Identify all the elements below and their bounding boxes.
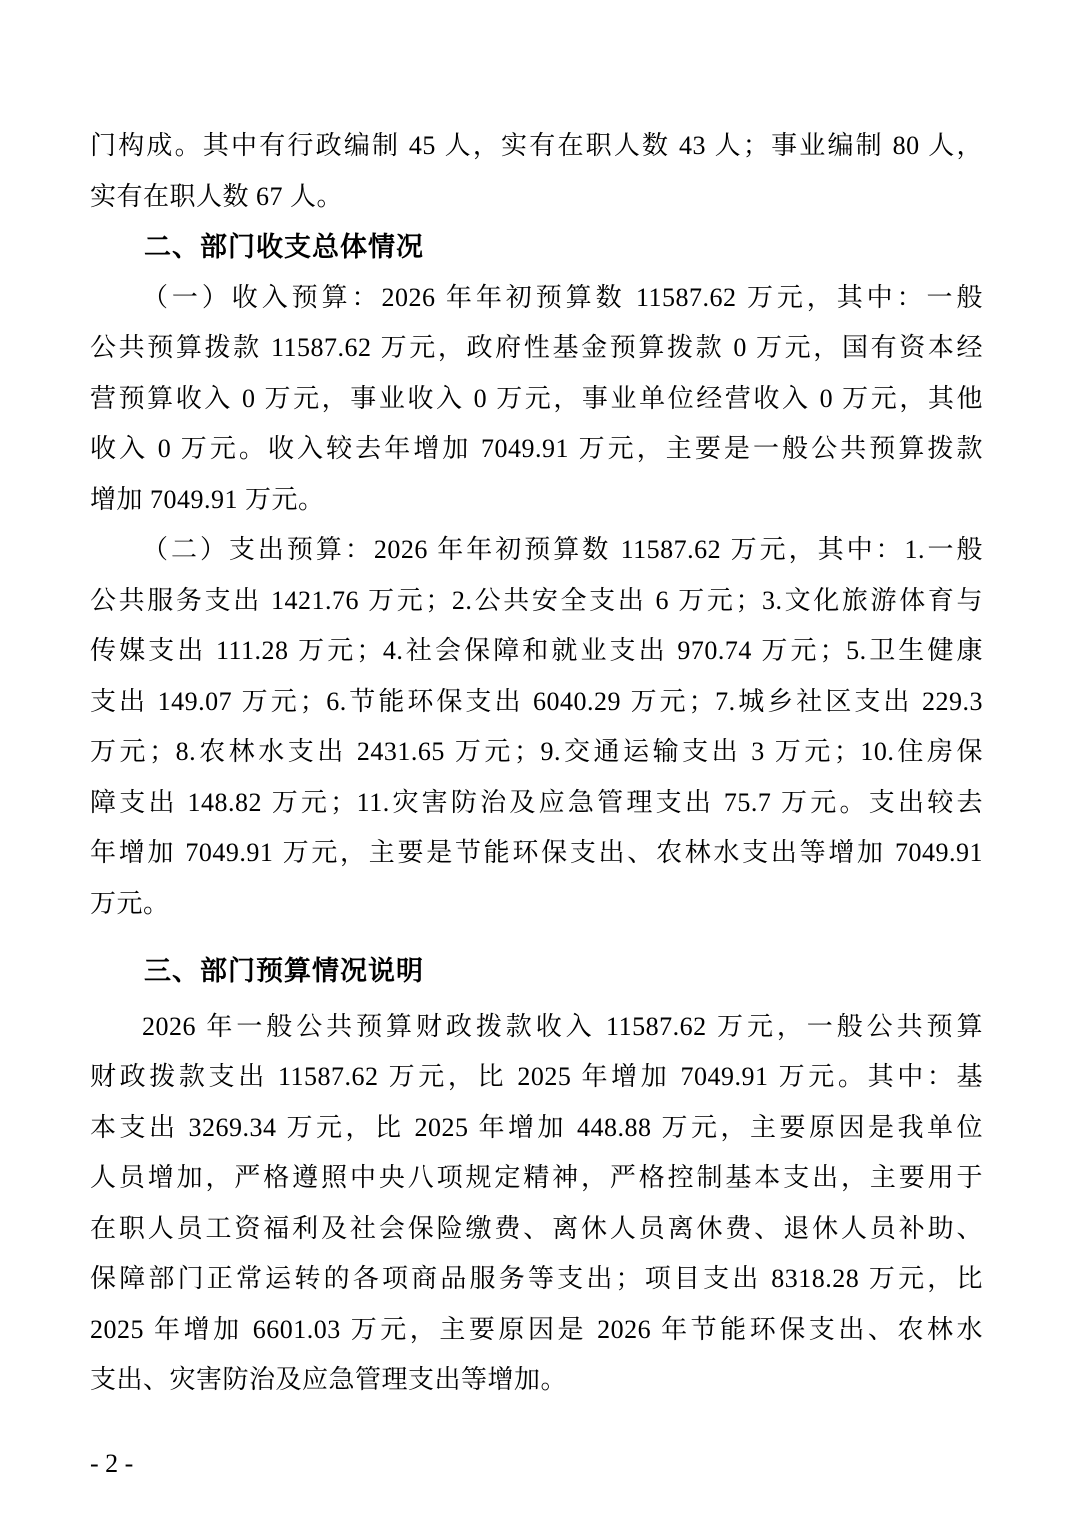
document-page: 门构成。其中有行政编制 45 人，实有在职人数 43 人；事业编制 80 人，实…	[0, 0, 1074, 1520]
text-line: 营预算收入 0 万元，事业收入 0 万元，事业单位经营收入 0 万元，其他	[90, 374, 983, 425]
page-number: - 2 -	[90, 1449, 133, 1479]
paragraph-income-budget: （一）收入预算：2026 年年初预算数 11587.62 万元，其中：一般公共预…	[90, 273, 983, 526]
text-line: 传媒支出 111.28 万元；4.社会保障和就业支出 970.74 万元；5.卫…	[90, 626, 983, 677]
text-line: 公共服务支出 1421.76 万元；2.公共安全支出 6 万元；3.文化旅游体育…	[90, 576, 983, 627]
paragraph-expenditure-budget: （二）支出预算：2026 年年初预算数 11587.62 万元，其中：1.一般公…	[90, 525, 983, 929]
text-line: 增加 7049.91 万元。	[90, 475, 983, 526]
text-line: 障支出 148.82 万元；11.灾害防治及应急管理支出 75.7 万元。支出较…	[90, 778, 983, 829]
text-line: 保障部门正常运转的各项商品服务等支出；项目支出 8318.28 万元，比	[90, 1254, 983, 1305]
text-line: 公共预算拨款 11587.62 万元，政府性基金预算拨款 0 万元，国有资本经	[90, 323, 983, 374]
text-line: 财政拨款支出 11587.62 万元，比 2025 年增加 7049.91 万元…	[90, 1052, 983, 1103]
text-line: 万元。	[90, 879, 983, 930]
text-line: 年增加 7049.91 万元，主要是节能环保支出、农林水支出等增加 7049.9…	[90, 828, 983, 879]
text-line: 实有在职人数 67 人。	[90, 172, 983, 223]
section-heading-2: 二、部门收支总体情况	[90, 222, 983, 273]
document-body: 门构成。其中有行政编制 45 人，实有在职人数 43 人；事业编制 80 人，实…	[90, 121, 983, 1406]
text-line: （一）收入预算：2026 年年初预算数 11587.62 万元，其中：一般	[90, 273, 983, 324]
text-line: 人员增加，严格遵照中央八项规定精神，严格控制基本支出，主要用于	[90, 1153, 983, 1204]
section-heading-3: 三、部门预算情况说明	[90, 946, 983, 997]
text-line: 支出 149.07 万元；6.节能环保支出 6040.29 万元；7.城乡社区支…	[90, 677, 983, 728]
paragraph-budget-explanation: 2026 年一般公共预算财政拨款收入 11587.62 万元，一般公共预算财政拨…	[90, 1002, 983, 1406]
text-line: 2026 年一般公共预算财政拨款收入 11587.62 万元，一般公共预算	[90, 1002, 983, 1053]
text-line: （二）支出预算：2026 年年初预算数 11587.62 万元，其中：1.一般	[90, 525, 983, 576]
text-line: 支出、灾害防治及应急管理支出等增加。	[90, 1355, 983, 1406]
text-line: 门构成。其中有行政编制 45 人，实有在职人数 43 人；事业编制 80 人，	[90, 121, 983, 172]
text-line: 万元；8.农林水支出 2431.65 万元；9.交通运输支出 3 万元；10.住…	[90, 727, 983, 778]
text-line: 本支出 3269.34 万元，比 2025 年增加 448.88 万元，主要原因…	[90, 1103, 983, 1154]
text-line: 2025 年增加 6601.03 万元，主要原因是 2026 年节能环保支出、农…	[90, 1305, 983, 1356]
text-line: 收入 0 万元。收入较去年增加 7049.91 万元，主要是一般公共预算拨款	[90, 424, 983, 475]
text-line: 在职人员工资福利及社会保险缴费、离休人员离休费、退休人员补助、	[90, 1204, 983, 1255]
paragraph-staffing-continued: 门构成。其中有行政编制 45 人，实有在职人数 43 人；事业编制 80 人，实…	[90, 121, 983, 222]
